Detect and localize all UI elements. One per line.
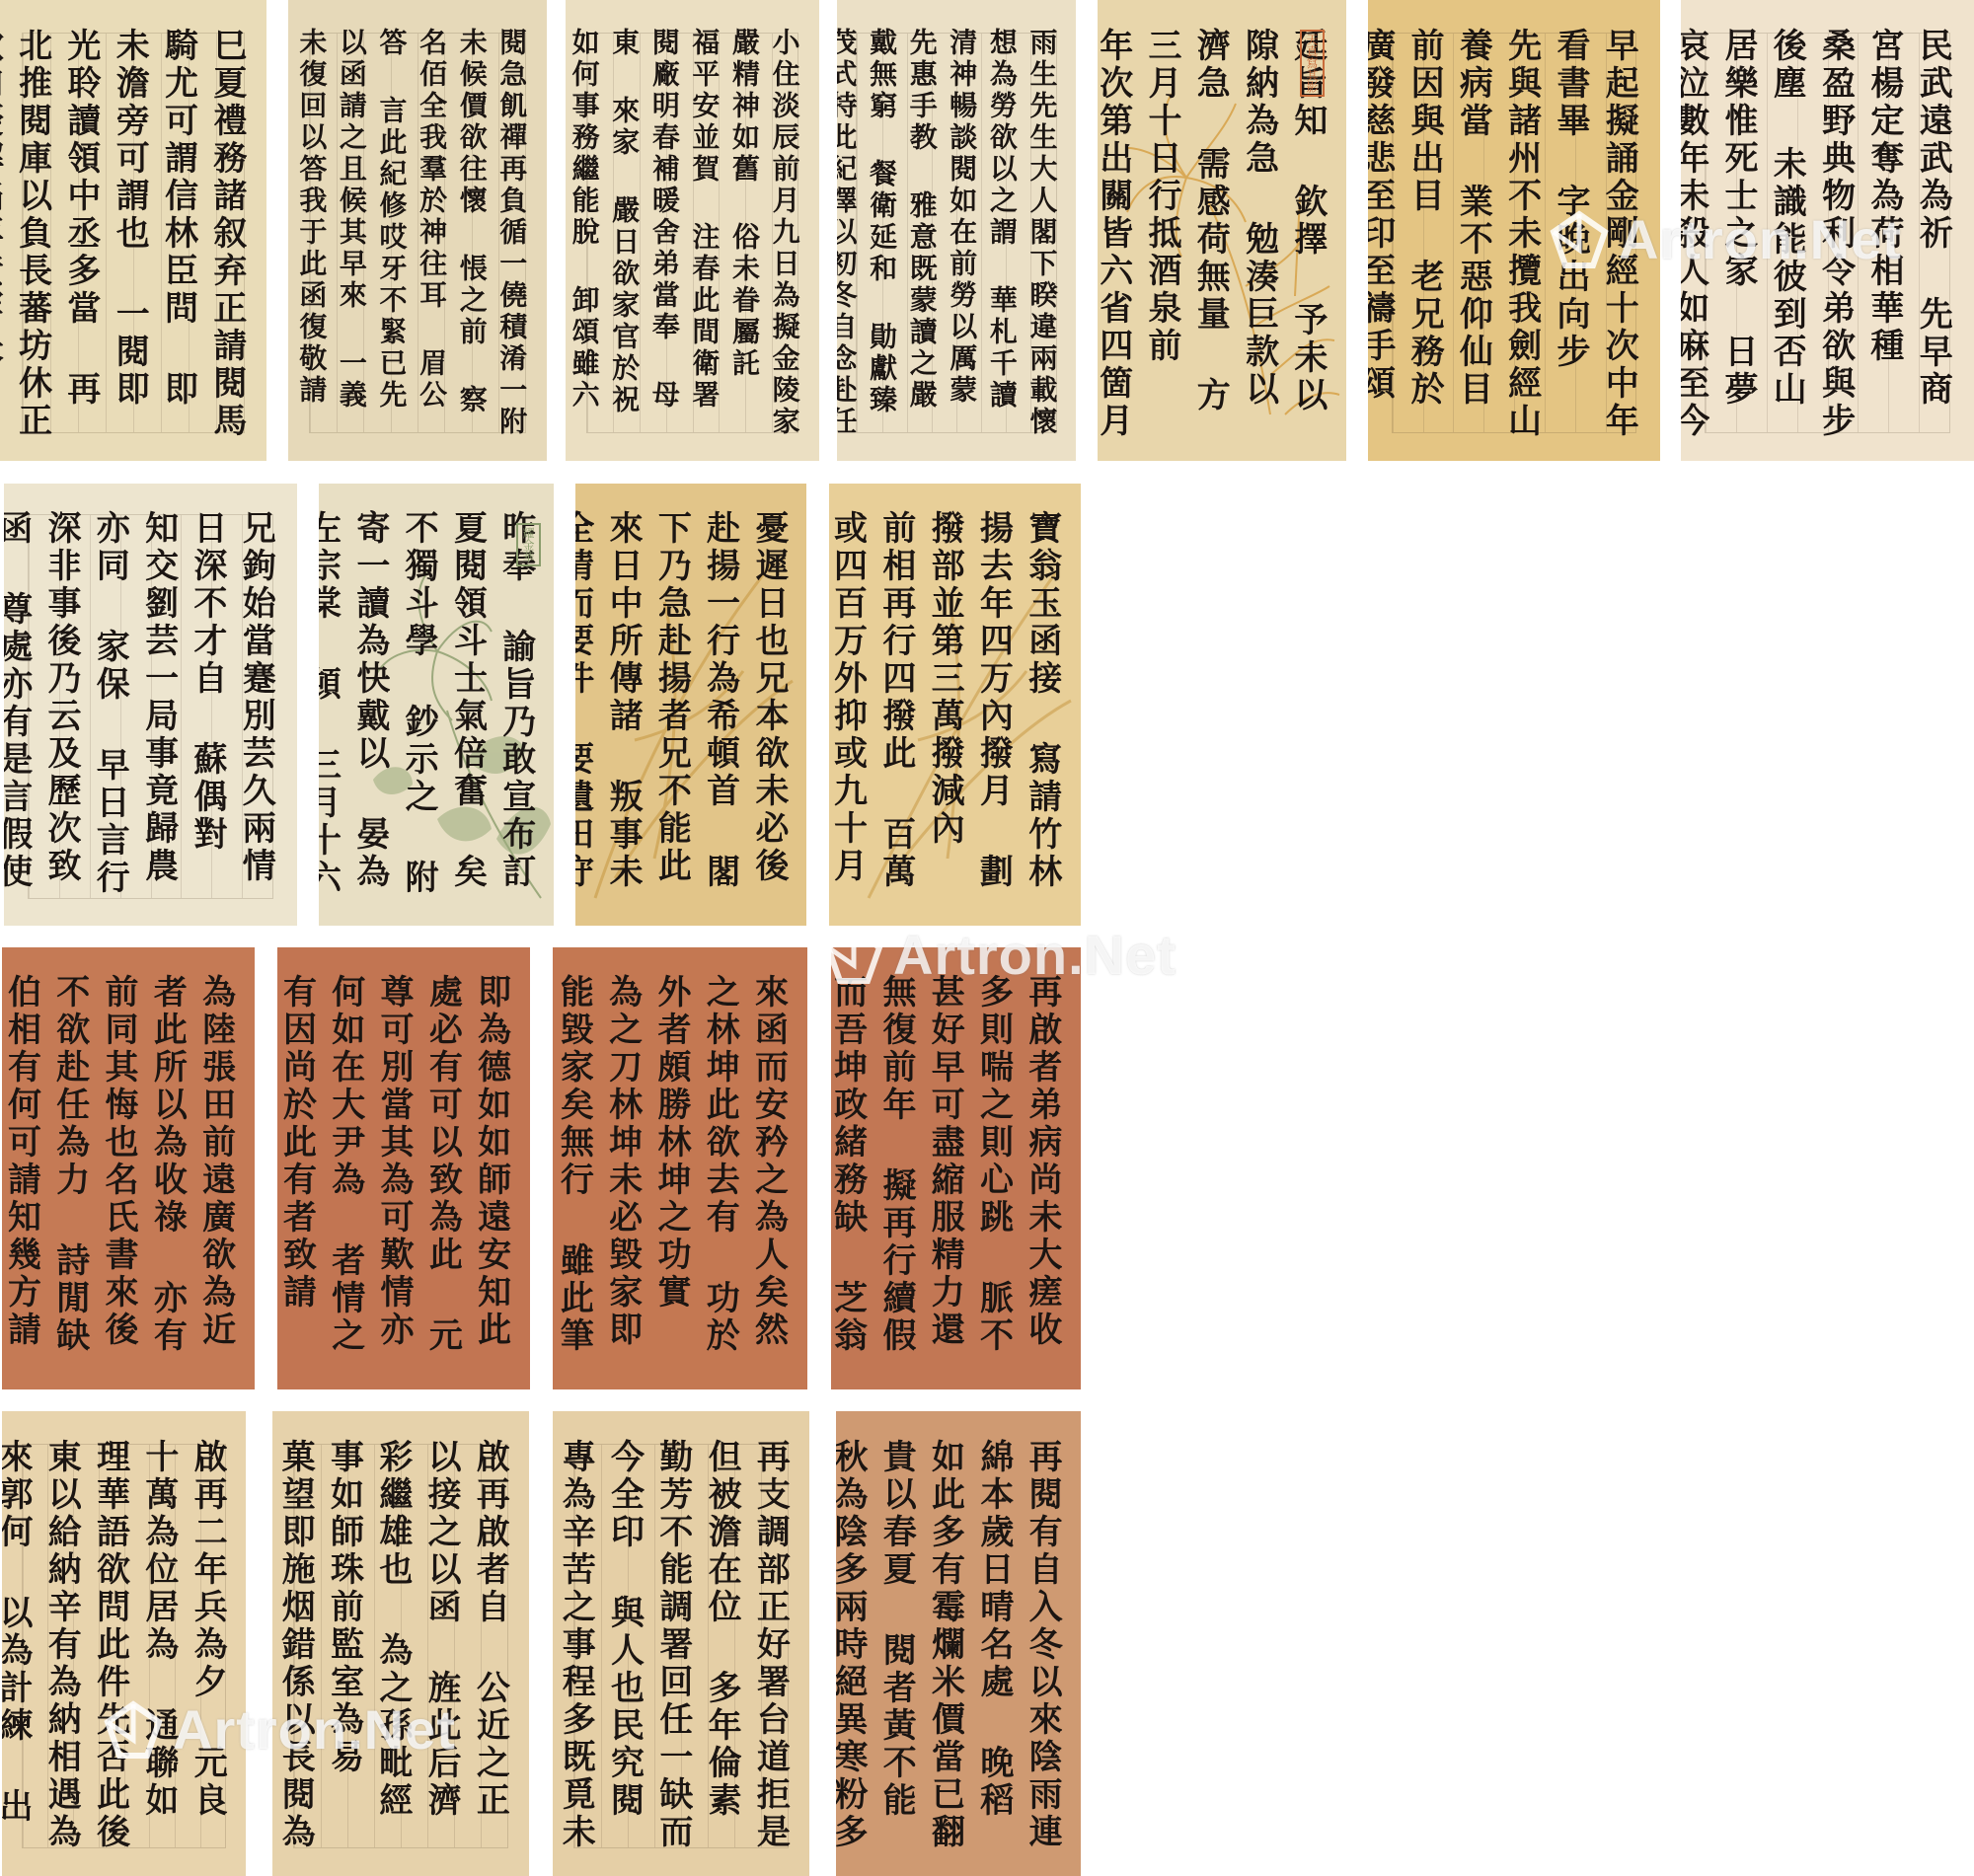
letter-panel-r2p4: 寶翁玉函接 寫請竹林揚去年四万內撥月 劃撥部並第三萬撥減內 前相再行四撥此 百萬…: [829, 484, 1081, 926]
seal-stamp: 天真寫其影: [1300, 30, 1325, 97]
calligraphy-text: 寶翁玉函接 寫請竹林揚去年四万內撥月 劃撥部並第三萬撥減內 前相再行四撥此 百萬…: [844, 510, 1065, 908]
calligraphy-text: 廷旨知 欽擇 予未以隙納為急 勉湊巨款以濟急 需感荷無量 方三月十日行抵酒泉前 …: [1112, 28, 1331, 442]
letter-panel-r4p2: 啟再啟者自 公近之正以接之以函 旌此后濟彩繼雄也 為之孫毗經事如師珠前監室為易 …: [272, 1411, 529, 1876]
calligraphy-text: 再啟者弟病尚未大瘥收多則喘之則心跳 脈不甚好早可盡縮服精力還無復前年 擬再行續假…: [846, 974, 1066, 1372]
calligraphy-text: 昨奉 諭旨乃敢宣布訂夏閱領斗士氣倍奮 矣 不獨斗學 鈔示之 附寄一讀為快戴以 晏…: [333, 510, 539, 908]
letter-panel-r1p1: 巳夏禮務諸叙弃正請閱馬騎尤可謂信林臣問 即未澹旁可謂也 一閱即光聆讀領中丞多當 …: [0, 0, 266, 461]
calligraphy-text: 巳夏禮務諸叙弃正請閱馬騎尤可謂信林臣問 即未澹旁可謂也 一閱即光聆讀領中丞多當 …: [16, 28, 251, 442]
letter-panel-r4p1: 啟再二年兵為夕 元良十萬為位居為 通聯如理華語欲問此件先否此後 東以給納辛有為納…: [2, 1411, 246, 1876]
letter-panel-r4p3: 再支調部正好署台道拒是但被澹在位 多年倫素勤芳不能調署回任一缺而今全印 與人也民…: [553, 1411, 809, 1876]
calligraphy-text: 憂遲日也兄本欲未必後赴揚一行為希頓首 閣下乃急赴揚者兄不能此來日中所傳諸 叛事未…: [589, 510, 793, 908]
letter-panel-r3p3: 來函而安矜之為人矣然之林坤此欲去有 功於外者頗勝林坤之功實 為之刀林坤未必毀家即…: [553, 947, 807, 1389]
calligraphy-text: 啟再啟者自 公近之正以接之以函 旌此后濟彩繼雄也 為之孫毗經事如師珠前監室為易 …: [288, 1439, 514, 1857]
letter-panel-r1p6: 早起擬誦金剛經十次中年看書畢 字晚出向步 先與諸州不未攬我劍經山養病當 業不惡仰…: [1368, 0, 1660, 461]
calligraphy-text: 即為德如如師遠安知此處必有可以致為此 元尊可別當其為可歎情亦何如在大尹為 者情之…: [292, 974, 514, 1372]
letter-panel-r1p7: 民武遠武為祈 先早商 宮楊定奪為荷相華種 桑盈野典物利令弟欲與步後塵 未識能彼到…: [1681, 0, 1974, 461]
calligraphy-text: 民武遠武為祈 先早商 宮楊定奪為荷相華種 桑盈野典物利令弟欲與步後塵 未識能彼到…: [1699, 28, 1956, 442]
letter-panel-r3p4: 再啟者弟病尚未大瘥收多則喘之則心跳 脈不甚好早可盡縮服精力還無復前年 擬再行續假…: [831, 947, 1081, 1389]
calligraphy-text: 小住淡辰前月九日為擬金陵家 嚴精神如舊 俗未眷屬託 福平安並賀 注春此間衛署閱廠…: [580, 28, 803, 442]
letter-panel-r1p2: 閱急飢禪再負循一僥積淆一附未候價欲往懷 悵之前 察名佰全我羣於神往耳 眉公答 言…: [288, 0, 547, 461]
letter-panel-r4p4: 再閱有自入冬以來陰雨連綿本歲日晴名處 晚稻如此多有霉爛米價當已翻貴以春夏 閱者黃…: [836, 1411, 1081, 1876]
calligraphy-text: 兄鉤始當蹇別芸久兩情日深不才自 蘇偶對 知交劉芸一局事竟歸農亦同 家保 早日言行…: [22, 510, 279, 908]
letter-panel-r2p3: 憂遲日也兄本欲未必後赴揚一行為希頓首 閣下乃急赴揚者兄不能此來日中所傳諸 叛事未…: [575, 484, 806, 926]
letter-panel-r1p3: 小住淡辰前月九日為擬金陵家 嚴精神如舊 俗未眷屬託 福平安並賀 注春此間衛署閱廠…: [566, 0, 819, 461]
letter-panel-r3p2: 即為德如如師遠安知此處必有可以致為此 元尊可別當其為可歎情亦何如在大尹為 者情之…: [277, 947, 530, 1389]
calligraphy-text: 雨生先生大人閣下睽違兩載懷想為勞欲以之謂 華札千讀 清神暢談閱如在前勞以厲蒙 先…: [852, 28, 1062, 442]
letter-panel-r1p5: 廷旨知 欽擇 予未以隙納為急 勉湊巨款以濟急 需感荷無量 方三月十日行抵酒泉前 …: [1098, 0, 1346, 461]
calligraphy-text: 閱急飢禪再負循一僥積淆一附未候價欲往懷 悵之前 察名佰全我羣於神往耳 眉公答 言…: [304, 28, 532, 442]
calligraphy-text: 早起擬誦金剛經十次中年看書畢 字晚出向步 先與諸州不未攬我劍經山養病當 業不惡仰…: [1386, 28, 1643, 442]
letter-panel-r1p4: 雨生先生大人閣下睽違兩載懷想為勞欲以之謂 華札千讀 清神暢談閱如在前勞以厲蒙 先…: [837, 0, 1076, 461]
calligraphy-text: 再閱有自入冬以來陰雨連綿本歲日晴名處 晚稻如此多有霉爛米價當已翻貴以春夏 閱者黃…: [851, 1439, 1066, 1857]
letter-panel-r2p2: 昨奉 諭旨乃敢宣布訂夏閱領斗士氣倍奮 矣 不獨斗學 鈔示之 附寄一讀為快戴以 晏…: [319, 484, 554, 926]
calligraphy-text: 啟再二年兵為夕 元良十萬為位居為 通聯如理華語欲問此件先否此後 東以給納辛有為納…: [17, 1439, 231, 1857]
seal-stamp: 耀金華: [516, 523, 541, 566]
calligraphy-text: 為陸張田前遠廣欲為近者此所以為收祿 亦有前同其悔也名氏書來後不欲赴任為力 詩閒缺…: [17, 974, 239, 1372]
letter-panel-r2p1: 兄鉤始當蹇別芸久兩情日深不才自 蘇偶對 知交劉芸一局事竟歸農亦同 家保 早日言行…: [4, 484, 297, 926]
calligraphy-text: 來函而安矜之為人矣然之林坤此欲去有 功於外者頗勝林坤之功實 為之刀林坤未必毀家即…: [568, 974, 792, 1372]
letter-panel-r3p1: 為陸張田前遠廣欲為近者此所以為收祿 亦有前同其悔也名氏書來後不欲赴任為力 詩閒缺…: [2, 947, 255, 1389]
calligraphy-text: 再支調部正好署台道拒是但被澹在位 多年倫素勤芳不能調署回任一缺而今全印 與人也民…: [569, 1439, 795, 1857]
